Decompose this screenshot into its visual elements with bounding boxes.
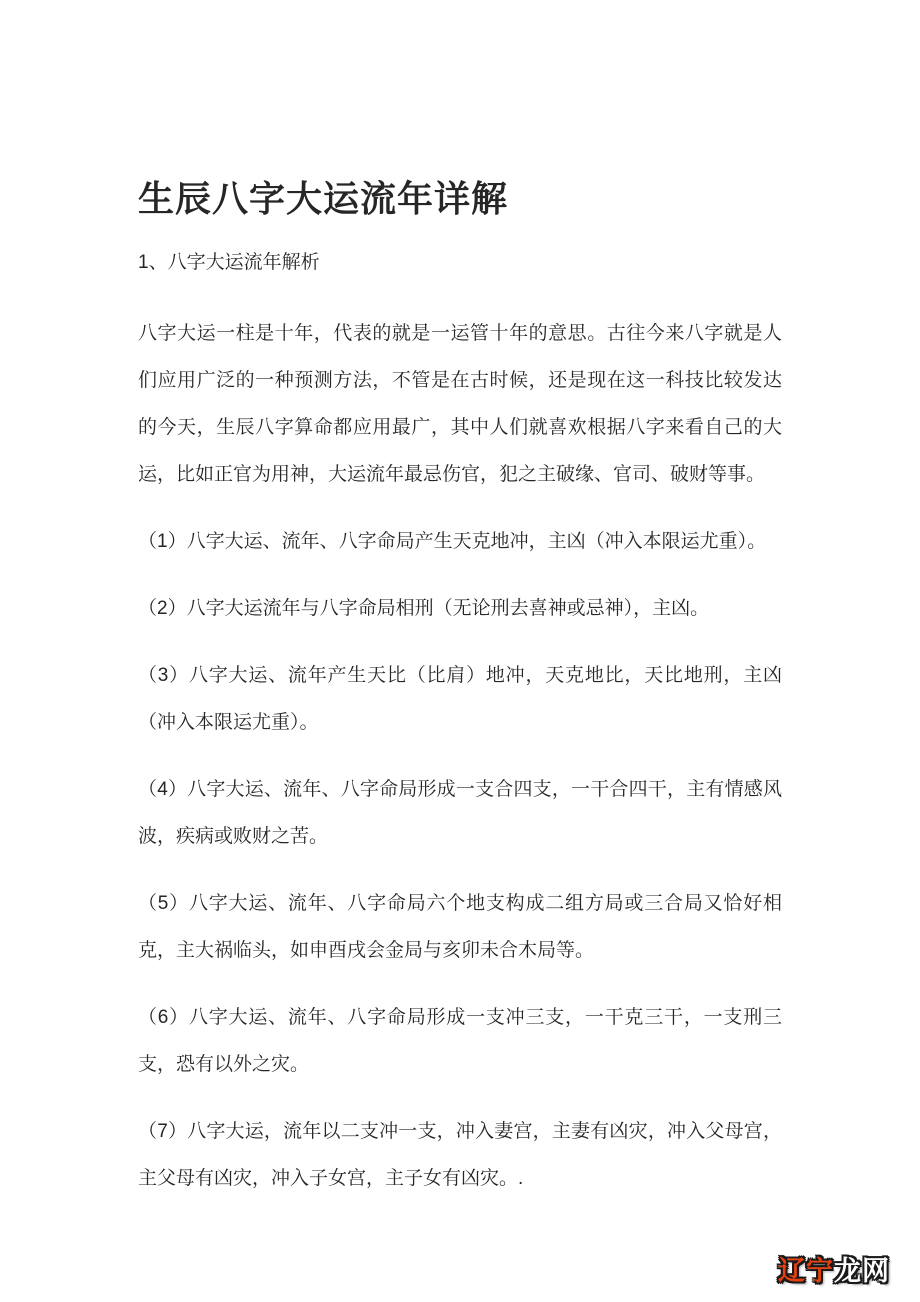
section-heading: 1、八字大运流年解析 xyxy=(138,248,782,278)
site-watermark: 辽宁龙网 xyxy=(778,1249,890,1288)
watermark-text-longwang: 龙网 xyxy=(834,1256,890,1286)
page-title: 生辰八字大运流年详解 xyxy=(138,176,782,222)
intro-paragraph: 八字大运一柱是十年，代表的就是一运管十年的意思。古往今来八字就是人们应用广泛的一… xyxy=(138,310,782,498)
numbered-item-4: （4）八字大运、流年、八字命局形成一支合四支，一干合四干，主有情感风波，疾病或败… xyxy=(138,766,782,860)
numbered-item-1: （1）八字大运、流年、八字命局产生天克地冲，主凶（冲入本限运尤重）。 xyxy=(138,518,782,565)
numbered-item-5: （5）八字大运、流年、八字命局六个地支构成二组方局或三合局又恰好相克，主大祸临头… xyxy=(138,880,782,974)
numbered-item-7: （7）八字大运，流年以二支冲一支，冲入妻宫，主妻有凶灾，冲入父母宫，主父母有凶灾… xyxy=(138,1108,782,1202)
watermark-text-liaoning: 辽宁 xyxy=(778,1256,834,1286)
numbered-item-6: （6）八字大运、流年、八字命局形成一支冲三支，一干克三干，一支刑三支，恐有以外之… xyxy=(138,994,782,1088)
numbered-item-2: （2）八字大运流年与八字命局相刑（无论刑去喜神或忌神），主凶。 xyxy=(138,585,782,632)
article-page: 生辰八字大运流年详解 1、八字大运流年解析 八字大运一柱是十年，代表的就是一运管… xyxy=(138,176,782,1222)
numbered-item-3: （3）八字大运、流年产生天比（比肩）地冲，天克地比，天比地刑，主凶（冲入本限运尤… xyxy=(138,652,782,746)
